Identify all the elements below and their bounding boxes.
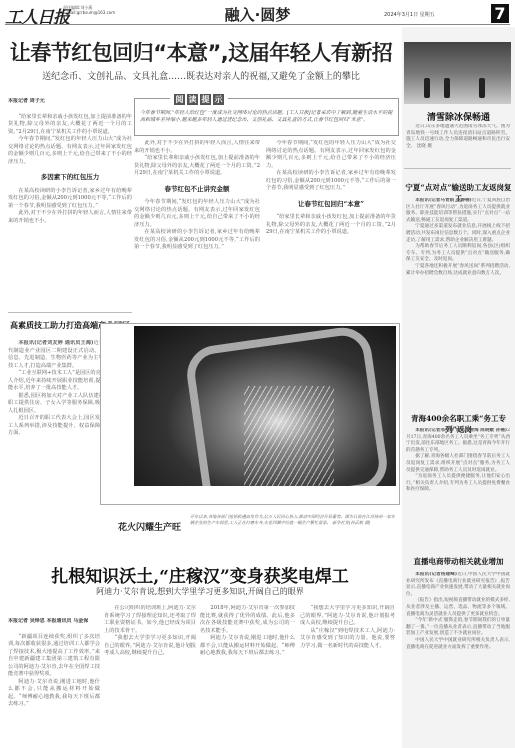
sidebar-photo-caption: 近日,山东多地遭遇大范围雨雪冰冻天气。图为青岛地铁一号线工作人员连夜清扫站点道路…	[406, 124, 510, 164]
sidebar-photo-title: 清雪除冰保畅通	[402, 110, 515, 123]
welder-col-3: 2018年,阿迪力·艾尔肯第一次参加技能比赛,就获得了优异的成绩。此后,他多次在…	[200, 605, 295, 748]
divider	[8, 312, 132, 313]
lead-subtitle-1: 多因素下的红包压力	[8, 174, 132, 182]
lead-col-2: 此外,对于不少在外打拼的年轻人而言,人情往来带来的开销也不小。 “给家里长辈和亲…	[134, 140, 260, 318]
livestream-headline: 直播电商带动相关就业增加	[402, 556, 515, 567]
qinghai-story: 本报讯(记者邢生祥 通讯员唐海 陈晓敏 孙楠)2月17日,青海400余名务工人员…	[406, 428, 510, 538]
lead-subtitle-3: 让春节红包回归“本意”	[266, 201, 396, 209]
page-number: 7	[491, 4, 509, 23]
photo-title: 花火闪耀生产旺	[118, 520, 181, 533]
snow-clearing-photo	[404, 42, 511, 104]
lead-headline: 让春节红包回归“本意”,这届年轻人有新招	[6, 37, 396, 67]
reading-guide-label: 阅 读 提 示	[170, 94, 228, 105]
lead-subtitle-2: 春节红包不止讲究金额	[134, 186, 260, 194]
welder-col-2: 在公司组织的培训班上,阿迪力·艾尔肯系统学习了焊接理论知识,还考取了焊工职业资格…	[104, 605, 196, 748]
reading-guide-text: 今年春节期间,“年轻人给红包”一度成为社交网络讨论的热点话题。[工人日报]记者采…	[140, 110, 395, 124]
lead-subhead: 送纪念币、文创礼品、文具礼盒……既表达对亲人的祝福,又避免了金额上的攀比	[6, 69, 396, 82]
welder-headline: 扎根知识沃土,“庄稼汉”变身获奖电焊工	[0, 562, 400, 587]
welder-byline: 本报记者 吴铎思 本报通讯员 马金保	[8, 618, 100, 626]
lead-col-3: 今年春节期间,“发红包的年轻人压力山大”成为社交网络讨论的热点话题。有网友表示,…	[266, 140, 396, 318]
issue-date: 2024年3月1日 星期五	[384, 11, 435, 18]
livestream-story: 本报讯(记者杨建峰)近日,中国人民大学中国就业研究所发布《直播电商行业就业研究报…	[406, 572, 510, 742]
masthead-divider	[5, 24, 510, 25]
welder-col-4: “我想去大学里学习更多知识,开阔自己的眼界。”阿迪力·艾尔肯说,他计划报考成人高…	[300, 605, 395, 748]
photo-caption: 开年以来,各地各部门抢抓机遇奋发作为,亿万人民同心协力,推动中国经济开局蓄势。图…	[190, 514, 395, 526]
section-title: 融入·圆梦	[0, 4, 515, 25]
divider	[404, 168, 511, 169]
lead-col-1: 本报记者 周子元 “给家里长辈和亲戚小孩发红包,加上提前准备的年货礼物,除父母外…	[8, 98, 132, 298]
lead-byline: 本报记者 周子元	[8, 98, 132, 106]
welder-col-1: 本报记者 吴铎思 本报通讯员 马金保 “新疆项目连续获奖,组织了多次培训,每次都…	[8, 618, 100, 748]
masthead: 工人日报 责任编辑:刘小燕 E-mail:grrbsum@163.com 融入·…	[0, 0, 515, 25]
welder-subhead: 阿迪力·艾尔肯说,想到大学里学习更多知识,开阔自己的眼界	[0, 586, 400, 597]
ningxia-story: 本报讯(记者马青娟 李静楠)近日,宁夏回族自治区人社厅开展“春风行动”,为返岗务…	[406, 198, 510, 433]
welding-photo	[134, 326, 396, 486]
